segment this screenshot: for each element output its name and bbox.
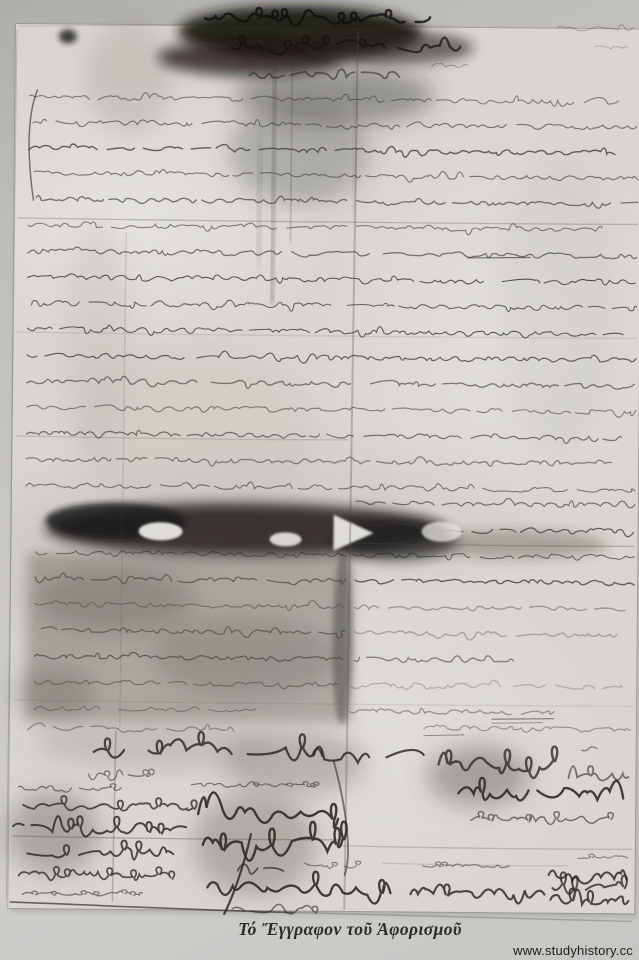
book-page-photo: Τό Ἔγγραφον τοῦ Ἀφορισμοῦ www.studyhisto…: [0, 0, 639, 960]
manuscript-ink-layer: [0, 0, 639, 960]
watermark: www.studyhistory.cc: [513, 943, 633, 958]
caption: Τό Ἔγγραφον τοῦ Ἀφορισμοῦ: [60, 919, 639, 940]
